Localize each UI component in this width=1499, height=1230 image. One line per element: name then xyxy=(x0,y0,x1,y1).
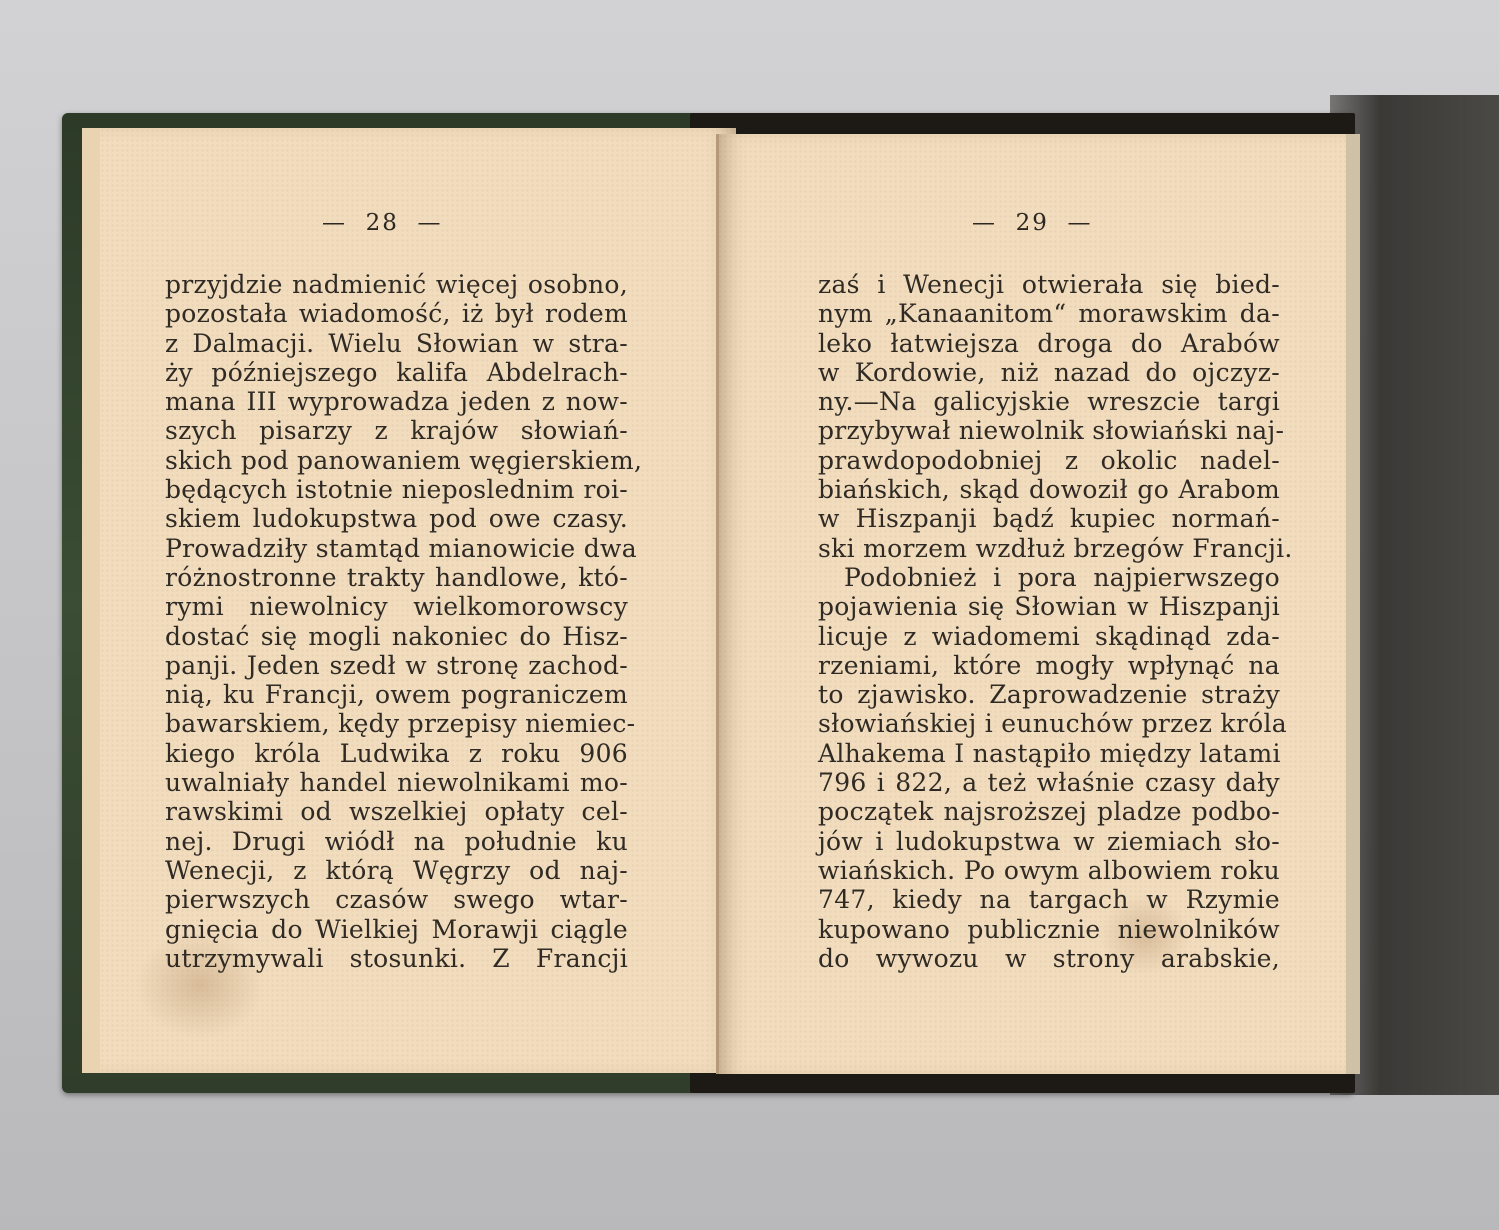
right-page-text: zaś i Wenecji otwierała się bied- nym „K… xyxy=(818,270,1280,973)
text-line: ny.—Na galicyjskie wreszcie targi xyxy=(818,387,1280,416)
text-line: początek najsroższej pladze podbo- xyxy=(818,797,1280,826)
text-line: kiego króla Ludwika z roku 906 xyxy=(165,739,628,768)
text-line: przyjdzie nadmienić więcej osobno, xyxy=(165,270,628,299)
text-line: zaś i Wenecji otwierała się bied- xyxy=(818,270,1280,299)
text-line: szych pisarzy z krajów słowiań- xyxy=(165,416,628,445)
text-line: w Hiszpanji bądź kupiec normań- xyxy=(818,504,1280,533)
text-line: różnostronne trakty handlowe, któ- xyxy=(165,563,628,592)
left-page-text: przyjdzie nadmienić więcej osobno, pozos… xyxy=(165,270,628,973)
text-line: słowiańskiej i eunuchów przez króla xyxy=(818,709,1280,738)
text-line: rymi niewolnicy wielkomorowscy xyxy=(165,592,628,621)
text-line: 796 i 822, a też właśnie czasy dały xyxy=(818,768,1280,797)
text-line: nej. Drugi wiódł na południe ku xyxy=(165,827,628,856)
text-line: rzeniami, które mogły wpłynąć na xyxy=(818,651,1280,680)
text-line: pierwszych czasów swego wtar- xyxy=(165,885,628,914)
text-line: z Dalmacji. Wielu Słowian w stra- xyxy=(165,329,628,358)
page-number-right: — 29 — xyxy=(972,210,1093,236)
text-line: licuje z wiadomemi skądinąd zda- xyxy=(818,622,1280,651)
text-line: 747, kiedy na targach w Rzymie xyxy=(818,885,1280,914)
text-line: przybywał niewolnik słowiański naj- xyxy=(818,416,1280,445)
text-line: wiańskich. Po owym albowiem roku xyxy=(818,856,1280,885)
text-line: do wywozu w strony arabskie, xyxy=(818,944,1280,973)
text-line: utrzymywali stosunki. Z Francji xyxy=(165,944,628,973)
text-line: prawdopodobniej z okolic nadel- xyxy=(818,446,1280,475)
book-gutter xyxy=(716,134,719,1074)
text-line: w Kordowie, niż nazad do ojczyz- xyxy=(818,358,1280,387)
text-line: ski morzem wzdłuż brzegów Francji. xyxy=(818,534,1280,563)
text-line: dostać się mogli nakoniec do Hisz- xyxy=(165,622,628,651)
text-line: bawarskiem, kędy przepisy niemiec- xyxy=(165,709,628,738)
page-number-left: — 28 — xyxy=(322,210,443,236)
text-line: ży późniejszego kalifa Abdelrach- xyxy=(165,358,628,387)
text-line: nią, ku Francji, owem pograniczem xyxy=(165,680,628,709)
text-line: uwalniały handel niewolnikami mo- xyxy=(165,768,628,797)
text-line: rawskimi od wszelkiej opłaty cel- xyxy=(165,797,628,826)
text-line: pojawienia się Słowian w Hiszpanji xyxy=(818,592,1280,621)
text-line: nym „Kanaanitom“ morawskim da- xyxy=(818,299,1280,328)
paragraph-start-line: Podobnież i pora najpierwszego xyxy=(818,563,1280,592)
text-line: jów i ludokupstwa w ziemiach sło- xyxy=(818,827,1280,856)
text-line: to zjawisko. Zaprowadzenie straży xyxy=(818,680,1280,709)
text-line: mana III wyprowadza jeden z now- xyxy=(165,387,628,416)
text-line: skich pod panowaniem węgierskiem, xyxy=(165,446,628,475)
text-line: Alhakema I nastąpiło między latami xyxy=(818,739,1280,768)
text-line: pozostała wiadomość, iż był rodem xyxy=(165,299,628,328)
text-line: biańskich, skąd dowoził go Arabom xyxy=(818,475,1280,504)
text-line: skiem ludokupstwa pod owe czasy. xyxy=(165,504,628,533)
text-line: panji. Jeden szedł w stronę zachod- xyxy=(165,651,628,680)
text-line: leko łatwiejsza droga do Arabów xyxy=(818,329,1280,358)
text-line: Wenecji, z którą Węgrzy od naj- xyxy=(165,856,628,885)
text-line: Prowadziły stamtąd mianowicie dwa xyxy=(165,534,628,563)
text-line: kupowano publicznie niewolników xyxy=(818,915,1280,944)
text-line: gnięcia do Wielkiej Morawji ciągle xyxy=(165,915,628,944)
text-line: będących istotnie nieposlednim roi- xyxy=(165,475,628,504)
